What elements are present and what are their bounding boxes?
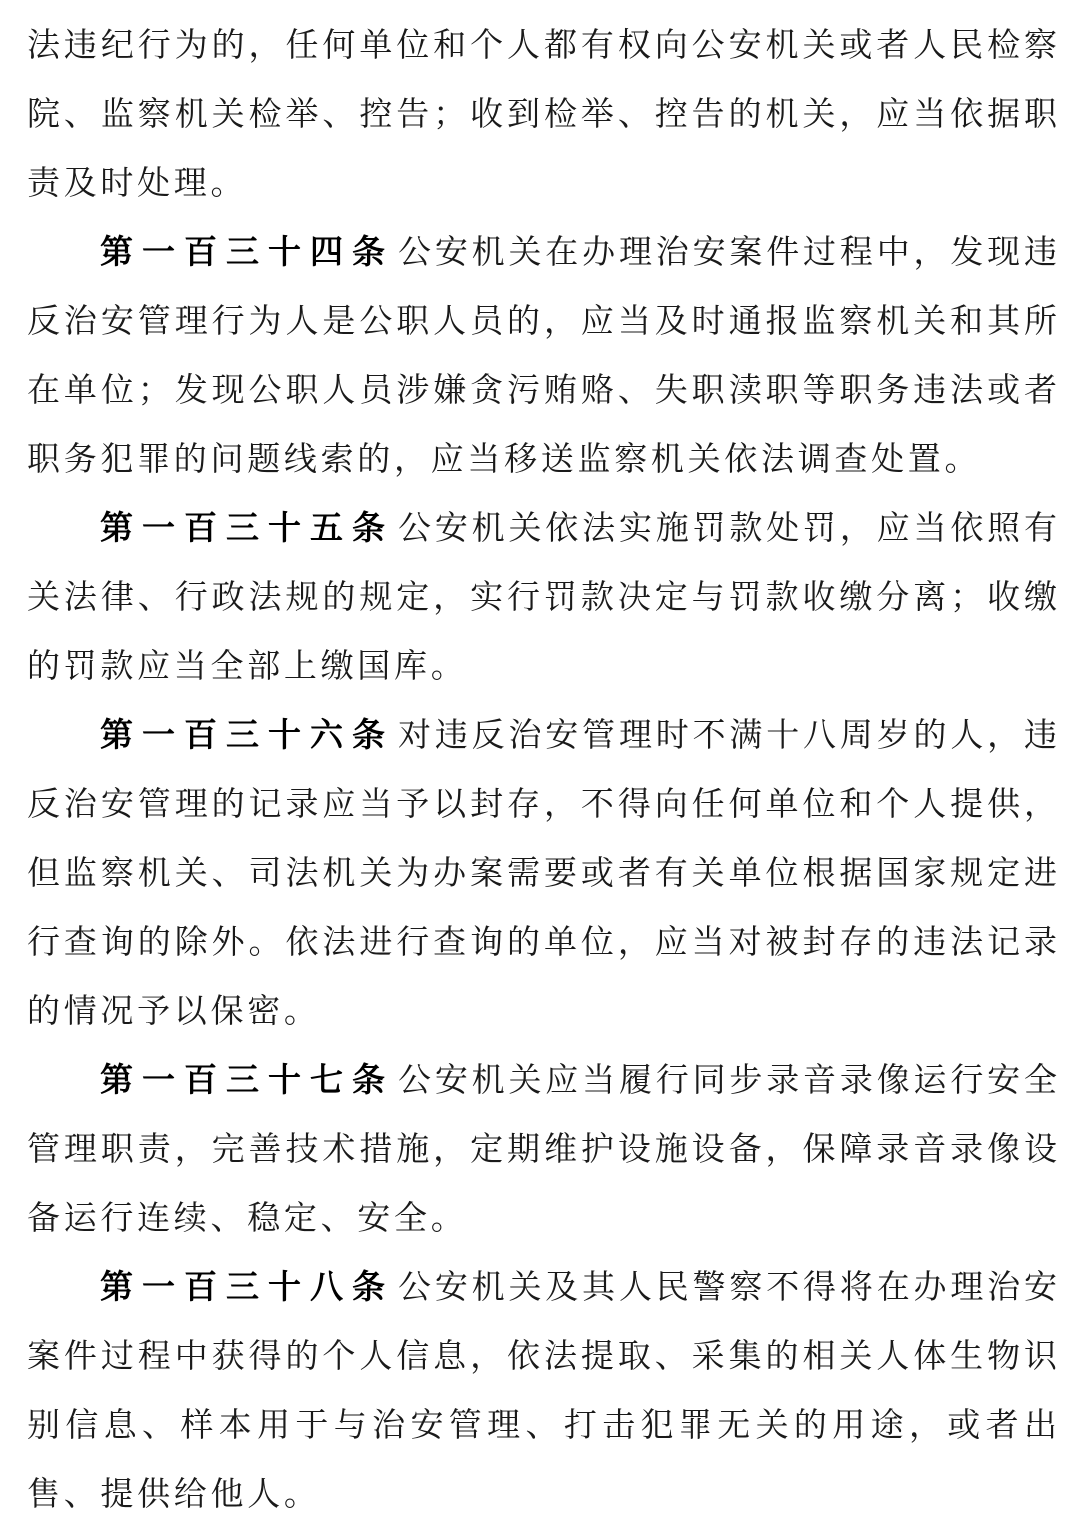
paragraph-line: 管理职责，完善技术措施，定期维护设施设备，保障录音录像设 <box>27 1114 1057 1183</box>
line-text: 公安机关应当履行同步录音录像运行安全 <box>398 1045 1057 1114</box>
line-text: 对违反治安管理时不满十八周岁的人，违 <box>398 700 1057 769</box>
line-text: 责及时处理。 <box>27 148 247 217</box>
paragraph-line: 的罚款应当全部上缴国库。 <box>27 631 1057 700</box>
document-page: 法违纪行为的，任何单位和个人都有权向公安机关或者人民检察 院、监察机关检举、控告… <box>0 0 1073 1524</box>
article-134-first-line: 第一百三十四条 公安机关在办理治安案件过程中，发现违 <box>100 217 1057 286</box>
article-heading: 第一百三十七条 <box>100 1045 362 1114</box>
line-text: 反治安管理行为人是公职人员的，应当及时通报监察机关和其所 <box>27 286 1057 355</box>
line-text: 案件过程中获得的个人信息，依法提取、采集的相关人体生物识 <box>27 1321 1057 1390</box>
paragraph-line: 在单位；发现公职人员涉嫌贪污贿赂、失职渎职等职务违法或者 <box>27 355 1057 424</box>
line-text: 公安机关依法实施罚款处罚，应当依照有 <box>398 493 1057 562</box>
line-text: 别信息、样本用于与治安管理、打击犯罪无关的用途，或者出 <box>27 1390 1057 1459</box>
paragraph-line: 反治安管理的记录应当予以封存，不得向任何单位和个人提供， <box>27 769 1057 838</box>
line-text: 管理职责，完善技术措施，定期维护设施设备，保障录音录像设 <box>27 1114 1057 1183</box>
article-heading: 第一百三十五条 <box>100 493 362 562</box>
line-text: 职务犯罪的问题线索的，应当移送监察机关依法调查处置。 <box>27 424 981 493</box>
article-135-first-line: 第一百三十五条 公安机关依法实施罚款处罚，应当依照有 <box>100 493 1057 562</box>
paragraph-line: 售、提供给他人。 <box>27 1459 1057 1524</box>
article-heading: 第一百三十八条 <box>100 1252 362 1321</box>
line-text: 反治安管理的记录应当予以封存，不得向任何单位和个人提供， <box>27 769 1057 838</box>
line-text: 的罚款应当全部上缴国库。 <box>27 631 467 700</box>
line-text: 院、监察机关检举、控告；收到检举、控告的机关，应当依据职 <box>27 79 1057 148</box>
line-text: 在单位；发现公职人员涉嫌贪污贿赂、失职渎职等职务违法或者 <box>27 355 1057 424</box>
paragraph-line: 但监察机关、司法机关为办案需要或者有关单位根据国家规定进 <box>27 838 1057 907</box>
paragraph-line: 反治安管理行为人是公职人员的，应当及时通报监察机关和其所 <box>27 286 1057 355</box>
paragraph-line: 行查询的除外。依法进行查询的单位，应当对被封存的违法记录 <box>27 907 1057 976</box>
paragraph-line: 法违纪行为的，任何单位和个人都有权向公安机关或者人民检察 <box>27 10 1057 79</box>
line-text: 公安机关及其人民警察不得将在办理治安 <box>398 1252 1057 1321</box>
article-137-first-line: 第一百三十七条 公安机关应当履行同步录音录像运行安全 <box>100 1045 1057 1114</box>
line-text: 公安机关在办理治安案件过程中，发现违 <box>398 217 1057 286</box>
article-136-first-line: 第一百三十六条 对违反治安管理时不满十八周岁的人，违 <box>100 700 1057 769</box>
paragraph-line: 备运行连续、稳定、安全。 <box>27 1183 1057 1252</box>
line-text: 关法律、行政法规的规定，实行罚款决定与罚款收缴分离；收缴 <box>27 562 1057 631</box>
article-138-first-line: 第一百三十八条 公安机关及其人民警察不得将在办理治安 <box>100 1252 1057 1321</box>
line-text: 行查询的除外。依法进行查询的单位，应当对被封存的违法记录 <box>27 907 1057 976</box>
paragraph-line: 职务犯罪的问题线索的，应当移送监察机关依法调查处置。 <box>27 424 1057 493</box>
paragraph-line: 的情况予以保密。 <box>27 976 1057 1045</box>
article-heading: 第一百三十四条 <box>100 217 362 286</box>
paragraph-line: 别信息、样本用于与治安管理、打击犯罪无关的用途，或者出 <box>27 1390 1057 1459</box>
line-text: 备运行连续、稳定、安全。 <box>27 1183 467 1252</box>
paragraph-line: 案件过程中获得的个人信息，依法提取、采集的相关人体生物识 <box>27 1321 1057 1390</box>
line-text: 但监察机关、司法机关为办案需要或者有关单位根据国家规定进 <box>27 838 1057 907</box>
paragraph-line: 责及时处理。 <box>27 148 1057 217</box>
paragraph-line: 院、监察机关检举、控告；收到检举、控告的机关，应当依据职 <box>27 79 1057 148</box>
paragraph-line: 关法律、行政法规的规定，实行罚款决定与罚款收缴分离；收缴 <box>27 562 1057 631</box>
line-text: 售、提供给他人。 <box>27 1459 321 1524</box>
line-text: 的情况予以保密。 <box>27 976 321 1045</box>
line-text: 法违纪行为的，任何单位和个人都有权向公安机关或者人民检察 <box>27 10 1057 79</box>
article-heading: 第一百三十六条 <box>100 700 362 769</box>
